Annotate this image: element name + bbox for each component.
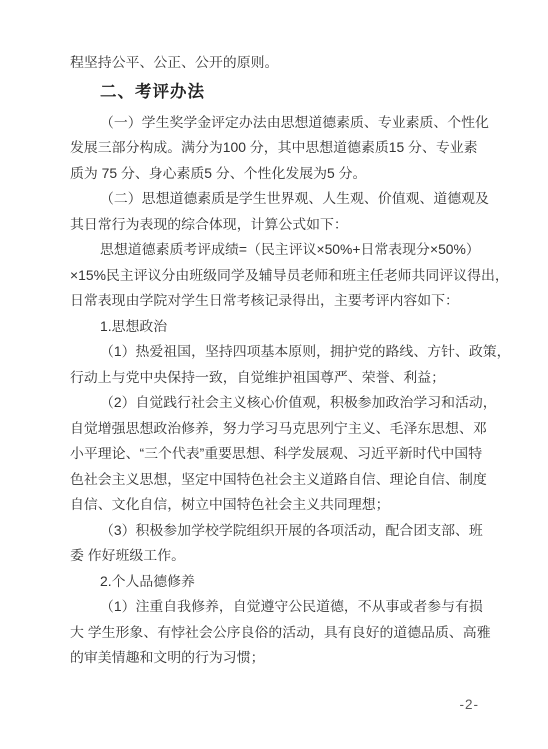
text-line: 程坚持公平、公正、公开的原则。 xyxy=(70,50,495,76)
document-body: 程坚持公平、公正、公开的原则。二、考评办法（一）学生奖学金评定办法由思想道德素质… xyxy=(70,50,495,671)
text-line: 1.思想政治 xyxy=(70,314,495,340)
text-line: 的审美情趣和文明的行为习惯； xyxy=(70,645,495,671)
text-line: 色社会主义思想，坚定中国特色社会主义道路自信、理论自信、制度 xyxy=(70,467,495,493)
text-line: 其日常行为表现的综合体现，计算公式如下： xyxy=(70,212,495,238)
text-line: 大 学生形象、有悖社会公序良俗的活动，具有良好的道德品质、高雅 xyxy=(70,620,495,646)
text-line: 自觉增强思想政治修养，努力学习马克思列宁主义、毛泽东思想、邓 xyxy=(70,416,495,442)
text-line: 自信、文化自信，树立中国特色社会主义共同理想； xyxy=(70,492,495,518)
document-page: 程坚持公平、公正、公开的原则。二、考评办法（一）学生奖学金评定办法由思想道德素质… xyxy=(0,0,548,749)
text-line: 质为 75 分、身心素质5 分、个性化发展为5 分。 xyxy=(70,161,495,187)
text-line: 发展三部分构成。满分为100 分，其中思想道德素质15 分、专业素 xyxy=(70,135,495,161)
text-line: 思想道德素质考评成绩=（民主评议×50%+日常表现分×50%） xyxy=(70,237,495,263)
text-line: 日常表现由学院对学生日常考核记录得出，主要考评内容如下： xyxy=(70,288,495,314)
page-number: -2- xyxy=(460,697,480,712)
text-line: 委 作好班级工作。 xyxy=(70,543,495,569)
text-line: （二）思想道德素质是学生世界观、人生观、价值观、道德观及 xyxy=(70,186,495,212)
text-line: （2）自觉践行社会主义核心价值观，积极参加政治学习和活动， xyxy=(70,390,495,416)
text-line: 行动上与党中央保持一致，自觉维护祖国尊严、荣誉、利益； xyxy=(70,365,495,391)
text-line: （3）积极参加学校学院组织开展的各项活动，配合团支部、班 xyxy=(70,518,495,544)
text-line: （1）注重自我修养，自觉遵守公民道德，不从事或者参与有损 xyxy=(70,594,495,620)
text-line: （一）学生奖学金评定办法由思想道德素质、专业素质、个性化 xyxy=(70,110,495,136)
section-heading: 二、考评办法 xyxy=(70,77,495,108)
text-line: （1）热爱祖国，坚持四项基本原则，拥护党的路线、方针、政策， xyxy=(70,339,495,365)
text-line: ×15%民主评议分由班级同学及辅导员老师和班主任老师共同评议得出， xyxy=(70,263,495,289)
text-line: 小平理论、“三个代表”重要思想、科学发展观、习近平新时代中国特 xyxy=(70,441,495,467)
text-line: 2.个人品德修养 xyxy=(70,569,495,595)
